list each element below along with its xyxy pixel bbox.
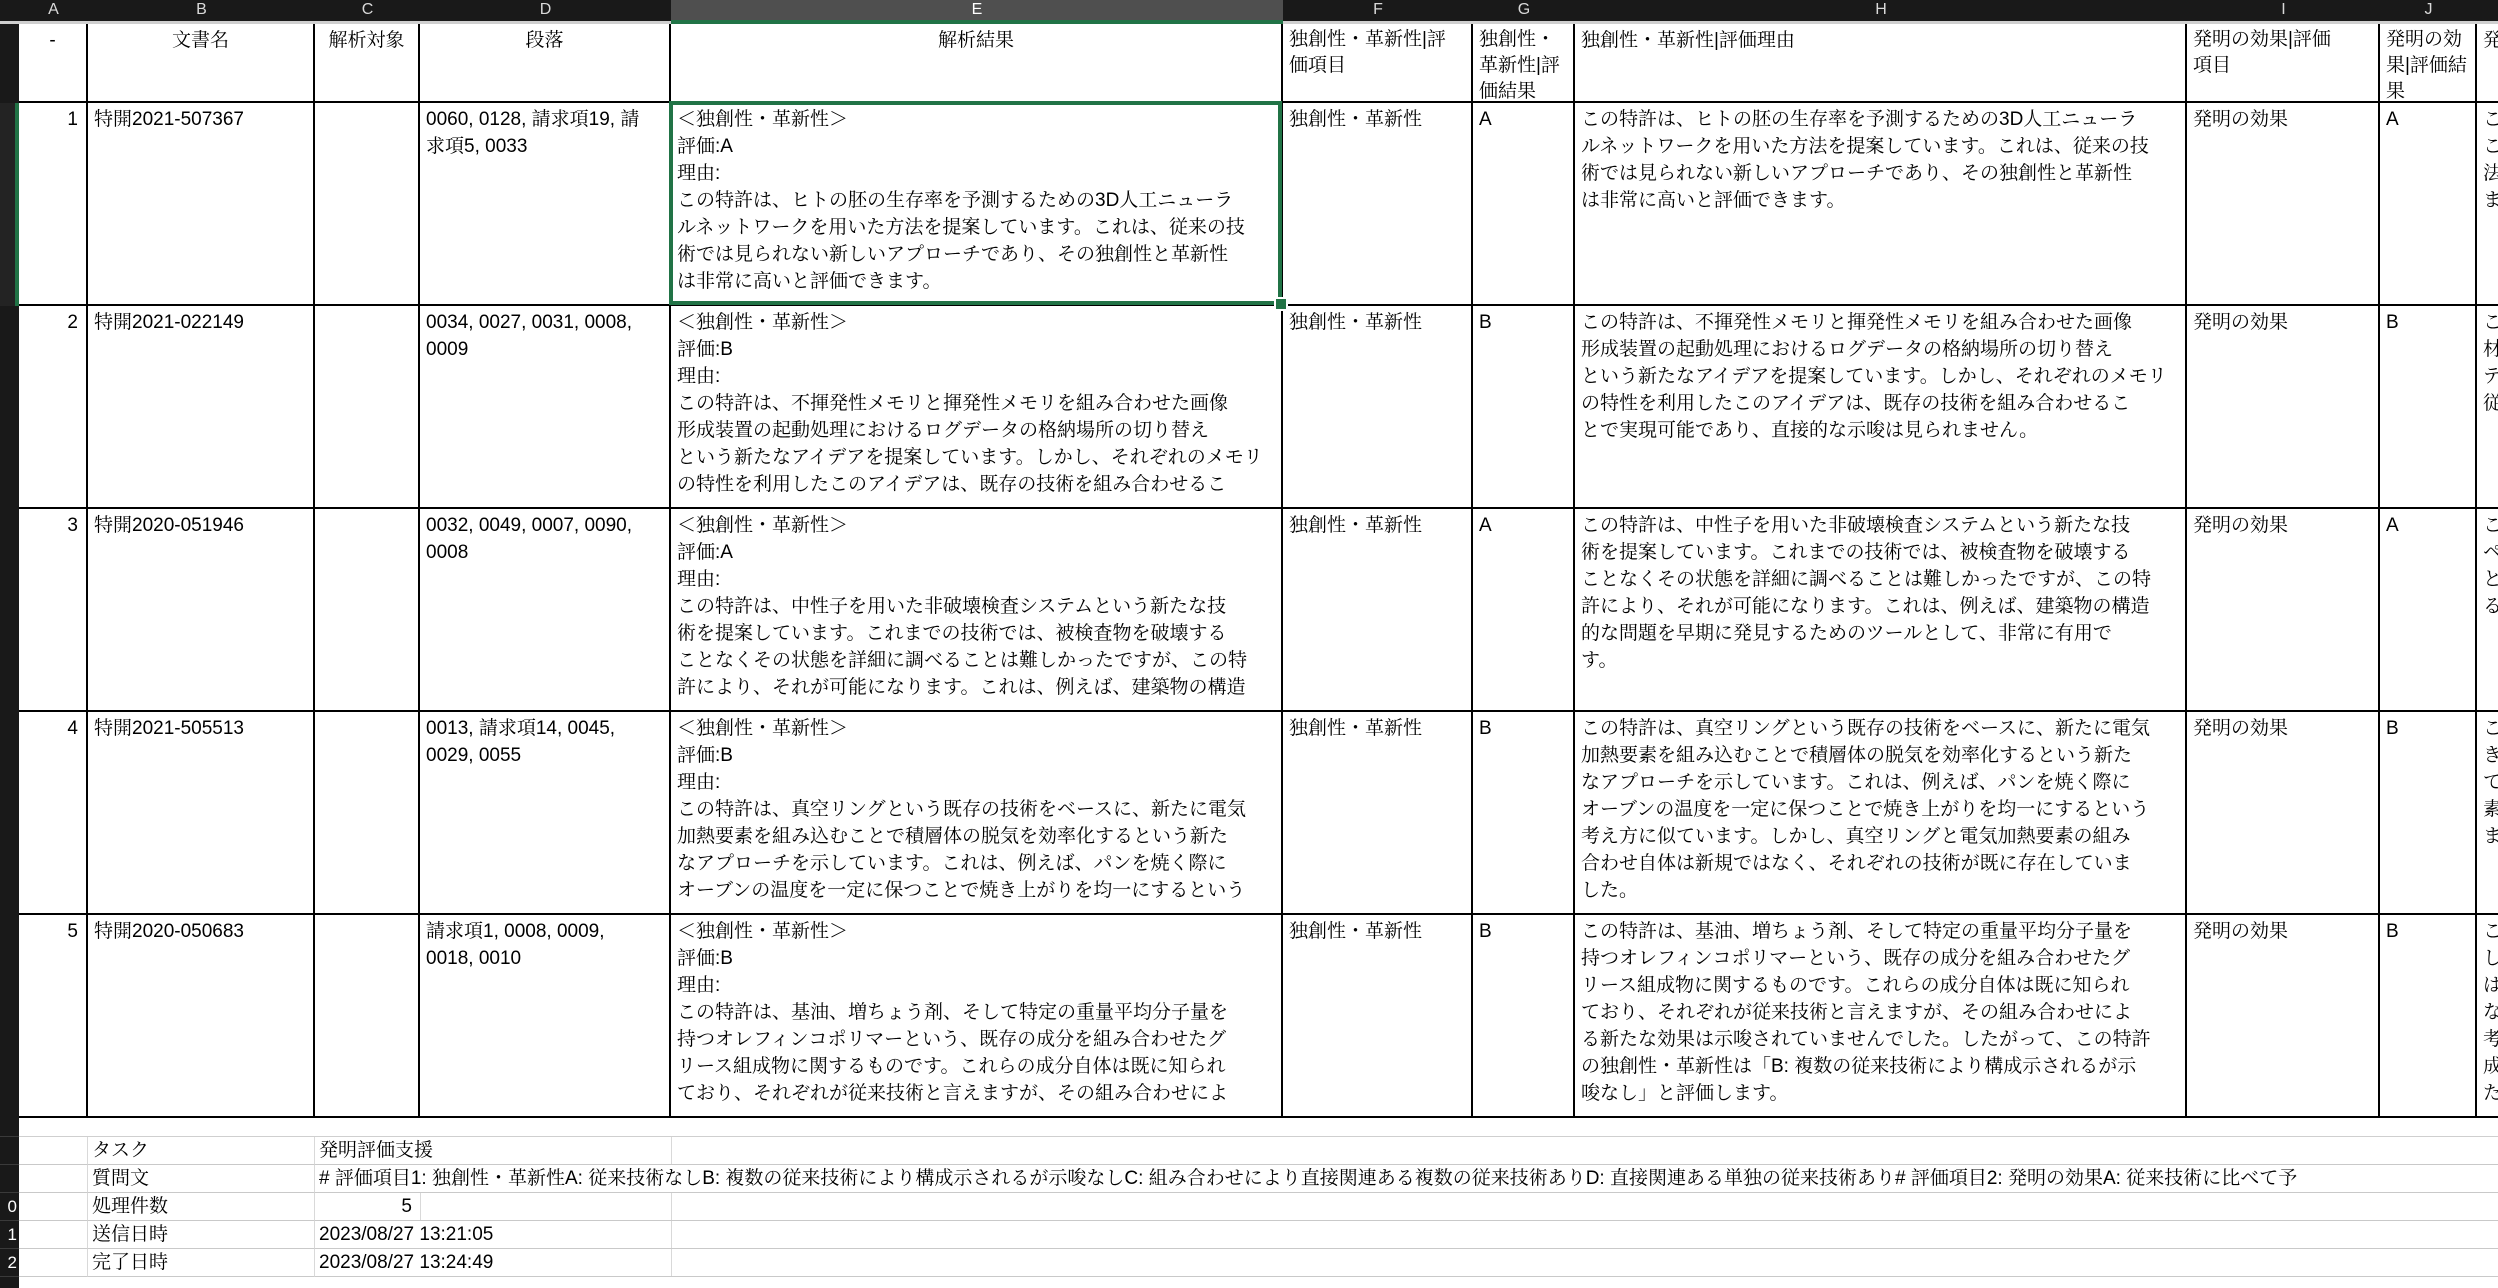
table-row: 2 特開2021-022149 0034, 0027, 0031, 0008, … xyxy=(0,306,2498,509)
row-header-5[interactable] xyxy=(0,712,19,915)
cell-effect-result[interactable]: A xyxy=(2380,103,2477,306)
header-paragraph[interactable]: 段落 xyxy=(420,24,671,103)
task-value[interactable]: 発明評価支援 xyxy=(315,1137,2498,1165)
table-header-row: - 文書名 解析対象 段落 解析結果 独創性・革新性|評 価項目 独創性・ 革新… xyxy=(0,24,2498,103)
cell-analysis-target[interactable] xyxy=(315,712,420,915)
cell-effect-item[interactable]: 発明の効果 xyxy=(2187,306,2380,509)
empty-cells[interactable] xyxy=(19,1118,2498,1137)
row-header-12[interactable]: 2 xyxy=(0,1249,19,1277)
cell-paragraph[interactable]: 0060, 0128, 請求項19, 請 求項5, 0033 xyxy=(420,103,671,306)
column-header-d[interactable]: D xyxy=(420,0,671,24)
table-row: 5 特開2020-050683 請求項1, 0008, 0009, 0018, … xyxy=(0,915,2498,1118)
header-eval-item[interactable]: 独創性・革新性|評 価項目 xyxy=(1283,24,1473,103)
cell-index[interactable]: 2 xyxy=(19,306,88,509)
cell-eval-item[interactable]: 独創性・革新性 xyxy=(1283,306,1473,509)
row-header-4[interactable] xyxy=(0,509,19,712)
gridline xyxy=(671,1221,672,1248)
cell-doc-name[interactable]: 特開2020-051946 xyxy=(88,509,315,712)
footer-empty-a[interactable] xyxy=(19,1193,88,1221)
cell-spill-clipped[interactable]: こ 材 テ 従 xyxy=(2477,306,2498,509)
row-header-7[interactable] xyxy=(0,1118,19,1137)
cell-analysis-target[interactable] xyxy=(315,306,420,509)
cell-paragraph[interactable]: 0032, 0049, 0007, 0090, 0008 xyxy=(420,509,671,712)
column-header-c[interactable]: C xyxy=(315,0,420,24)
footer-empty-a[interactable] xyxy=(19,1249,88,1277)
column-header-f[interactable]: F xyxy=(1283,0,1473,24)
cell-doc-name[interactable]: 特開2020-050683 xyxy=(88,915,315,1118)
fill-handle[interactable] xyxy=(1274,297,1288,311)
table-row: 1 特開2021-507367 0060, 0128, 請求項19, 請 求項5… xyxy=(0,103,2498,306)
column-header-a[interactable]: A xyxy=(19,0,88,24)
cell-eval-reason[interactable]: この特許は、不揮発性メモリと揮発性メモリを組み合わせた画像 形成装置の起動処理に… xyxy=(1575,306,2187,509)
count-value[interactable]: 5 xyxy=(315,1193,2498,1221)
selected-cell-text: ＜独創性・革新性＞ 評価:A 理由: この特許は、ヒトの胚の生存率を予測するため… xyxy=(677,106,1275,295)
column-header-e-selected[interactable]: E xyxy=(671,0,1283,24)
question-value[interactable]: # 評価項目1: 独創性・革新性A: 従来技術なしB: 複数の従来技術により構成… xyxy=(315,1165,2498,1193)
footer-empty-a[interactable] xyxy=(19,1221,88,1249)
footer-row-sent: 1 送信日時 2023/08/27 13:21:05 xyxy=(0,1221,2498,1249)
gridline xyxy=(671,1193,672,1220)
cell-analysis-target[interactable] xyxy=(315,509,420,712)
cell-eval-result[interactable]: B xyxy=(1473,712,1575,915)
gridline xyxy=(671,1249,672,1276)
question-value-text: # 評価項目1: 独創性・革新性A: 従来技術なしB: 複数の従来技術により構成… xyxy=(319,1168,2297,1189)
cell-effect-result[interactable]: B xyxy=(2380,306,2477,509)
row-header-13[interactable] xyxy=(0,1277,19,1288)
footer-row-question: 質問文 # 評価項目1: 独創性・革新性A: 従来技術なしB: 複数の従来技術に… xyxy=(0,1165,2498,1193)
header-analysis-result[interactable]: 解析結果 xyxy=(671,24,1283,103)
cell-effect-result[interactable]: B xyxy=(2380,915,2477,1118)
cell-effect-item[interactable]: 発明の効果 xyxy=(2187,915,2380,1118)
cell-analysis-target[interactable] xyxy=(315,103,420,306)
completed-value[interactable]: 2023/08/27 13:24:49 xyxy=(315,1249,2498,1277)
select-all-corner[interactable] xyxy=(0,0,19,24)
cell-spill-clipped[interactable]: こ き て 素 ま xyxy=(2477,712,2498,915)
column-letter-bar: A B C D E F G H I J xyxy=(0,0,2498,24)
sent-label[interactable]: 送信日時 xyxy=(88,1221,315,1249)
header-eval-result[interactable]: 独創性・ 革新性|評 価結果 xyxy=(1473,24,1575,103)
cell-eval-result[interactable]: B xyxy=(1473,915,1575,1118)
cell-index[interactable]: 1 xyxy=(19,103,88,306)
column-header-k-clipped[interactable] xyxy=(2477,0,2498,24)
cell-doc-name[interactable]: 特開2021-022149 xyxy=(88,306,315,509)
row-header-11[interactable]: 1 xyxy=(0,1221,19,1249)
sent-value-text: 2023/08/27 13:21:05 xyxy=(319,1224,493,1245)
cell-analysis-result-selected[interactable]: ＜独創性・革新性＞ 評価:A 理由: この特許は、ヒトの胚の生存率を予測するため… xyxy=(671,103,1283,306)
cell-analysis-result[interactable]: ＜独創性・革新性＞ 評価:B 理由: この特許は、基油、増ちょう剤、そして特定の… xyxy=(671,915,1283,1118)
empty-row xyxy=(0,1118,2498,1137)
column-header-i[interactable]: I xyxy=(2187,0,2380,24)
cell-effect-item[interactable]: 発明の効果 xyxy=(2187,509,2380,712)
cell-eval-item[interactable]: 独創性・革新性 xyxy=(1283,103,1473,306)
completed-value-text: 2023/08/27 13:24:49 xyxy=(319,1252,493,1273)
cell-spill-clipped[interactable]: こ ペ と る xyxy=(2477,509,2498,712)
cell-spill-clipped[interactable]: こ こ 法 ま xyxy=(2477,103,2498,306)
cell-eval-result[interactable]: A xyxy=(1473,103,1575,306)
cell-effect-result[interactable]: B xyxy=(2380,712,2477,915)
cell-doc-name[interactable]: 特開2021-507367 xyxy=(88,103,315,306)
footer-empty-a[interactable] xyxy=(19,1137,88,1165)
cell-eval-reason[interactable]: この特許は、中性子を用いた非破壊検査システムという新たな技 術を提案しています。… xyxy=(1575,509,2187,712)
cell-eval-reason[interactable]: この特許は、ヒトの胚の生存率を予測するための3D人工ニューラ ルネットワークを用… xyxy=(1575,103,2187,306)
header-eval-reason[interactable]: 独創性・革新性|評価理由 xyxy=(1575,24,2187,103)
completed-label[interactable]: 完了日時 xyxy=(88,1249,315,1277)
sent-value[interactable]: 2023/08/27 13:21:05 xyxy=(315,1221,2498,1249)
cell-eval-result[interactable]: B xyxy=(1473,306,1575,509)
cell-doc-name[interactable]: 特開2021-505513 xyxy=(88,712,315,915)
cell-paragraph[interactable]: 0013, 請求項14, 0045, 0029, 0055 xyxy=(420,712,671,915)
cell-effect-item[interactable]: 発明の効果 xyxy=(2187,103,2380,306)
gridline xyxy=(671,1137,672,1164)
cell-eval-reason[interactable]: この特許は、真空リングという既存の技術をベースに、新たに電気 加熱要素を組み込む… xyxy=(1575,712,2187,915)
cell-eval-reason[interactable]: この特許は、基油、増ちょう剤、そして特定の重量平均分子量を 持つオレフィンコポリ… xyxy=(1575,915,2187,1118)
table-row: 3 特開2020-051946 0032, 0049, 0007, 0090, … xyxy=(0,509,2498,712)
row-header-10[interactable]: 0 xyxy=(0,1193,19,1221)
cell-eval-item[interactable]: 独創性・革新性 xyxy=(1283,509,1473,712)
header-index[interactable]: - xyxy=(19,24,88,103)
cell-paragraph[interactable]: 請求項1, 0008, 0009, 0018, 0010 xyxy=(420,915,671,1118)
cell-analysis-result[interactable]: ＜独創性・革新性＞ 評価:A 理由: この特許は、中性子を用いた非破壊検査システ… xyxy=(671,509,1283,712)
header-spill-clipped[interactable]: 発 xyxy=(2477,24,2498,103)
header-effect-result[interactable]: 発明の効 果|評価結 果 xyxy=(2380,24,2477,103)
cell-index[interactable]: 3 xyxy=(19,509,88,712)
row-header-8[interactable] xyxy=(0,1137,19,1165)
row-header-6[interactable] xyxy=(0,915,19,1118)
row-header-9[interactable] xyxy=(0,1165,19,1193)
cell-analysis-result[interactable]: ＜独創性・革新性＞ 評価:B 理由: この特許は、真空リングという既存の技術をベ… xyxy=(671,712,1283,915)
cell-effect-item[interactable]: 発明の効果 xyxy=(2187,712,2380,915)
cell-index[interactable]: 4 xyxy=(19,712,88,915)
column-header-b[interactable]: B xyxy=(88,0,315,24)
cell-effect-result[interactable]: A xyxy=(2380,509,2477,712)
column-header-h[interactable]: H xyxy=(1575,0,2187,24)
header-analysis-target[interactable]: 解析対象 xyxy=(315,24,420,103)
spreadsheet-app: A B C D E F G H I J - 文書名 解析対象 段落 解析結果 独… xyxy=(0,0,2498,1288)
question-label[interactable]: 質問文 xyxy=(88,1165,315,1193)
empty-cells[interactable] xyxy=(19,1277,2498,1288)
cell-eval-result[interactable]: A xyxy=(1473,509,1575,712)
count-label[interactable]: 処理件数 xyxy=(88,1193,315,1221)
cell-analysis-target[interactable] xyxy=(315,915,420,1118)
cell-paragraph[interactable]: 0034, 0027, 0031, 0008, 0009 xyxy=(420,306,671,509)
column-header-j[interactable]: J xyxy=(2380,0,2477,24)
table-row: 4 特開2021-505513 0013, 請求項14, 0045, 0029,… xyxy=(0,712,2498,915)
footer-row-count: 0 処理件数 5 xyxy=(0,1193,2498,1221)
row-header-3[interactable] xyxy=(0,306,19,509)
header-doc-name[interactable]: 文書名 xyxy=(88,24,315,103)
count-value-text: 5 xyxy=(319,1193,420,1220)
cell-eval-item[interactable]: 独創性・革新性 xyxy=(1283,712,1473,915)
task-label[interactable]: タスク xyxy=(88,1137,315,1165)
header-effect-item[interactable]: 発明の効果|評価 項目 xyxy=(2187,24,2380,103)
task-value-text: 発明評価支援 xyxy=(319,1140,433,1161)
cell-analysis-result[interactable]: ＜独創性・革新性＞ 評価:B 理由: この特許は、不揮発性メモリと揮発性メモリを… xyxy=(671,306,1283,509)
gridline xyxy=(420,1193,421,1220)
cell-eval-item[interactable]: 独創性・革新性 xyxy=(1283,915,1473,1118)
column-header-g[interactable]: G xyxy=(1473,0,1575,24)
footer-empty-a[interactable] xyxy=(19,1165,88,1193)
footer-row-task: タスク 発明評価支援 xyxy=(0,1137,2498,1165)
footer-row-completed: 2 完了日時 2023/08/27 13:24:49 xyxy=(0,1249,2498,1277)
row-header-1[interactable] xyxy=(0,24,19,103)
partial-row xyxy=(0,1277,2498,1288)
cell-spill-clipped[interactable]: こ し は な 考 成 た xyxy=(2477,915,2498,1118)
row-header-2-selected[interactable] xyxy=(0,103,19,306)
cell-index[interactable]: 5 xyxy=(19,915,88,1118)
